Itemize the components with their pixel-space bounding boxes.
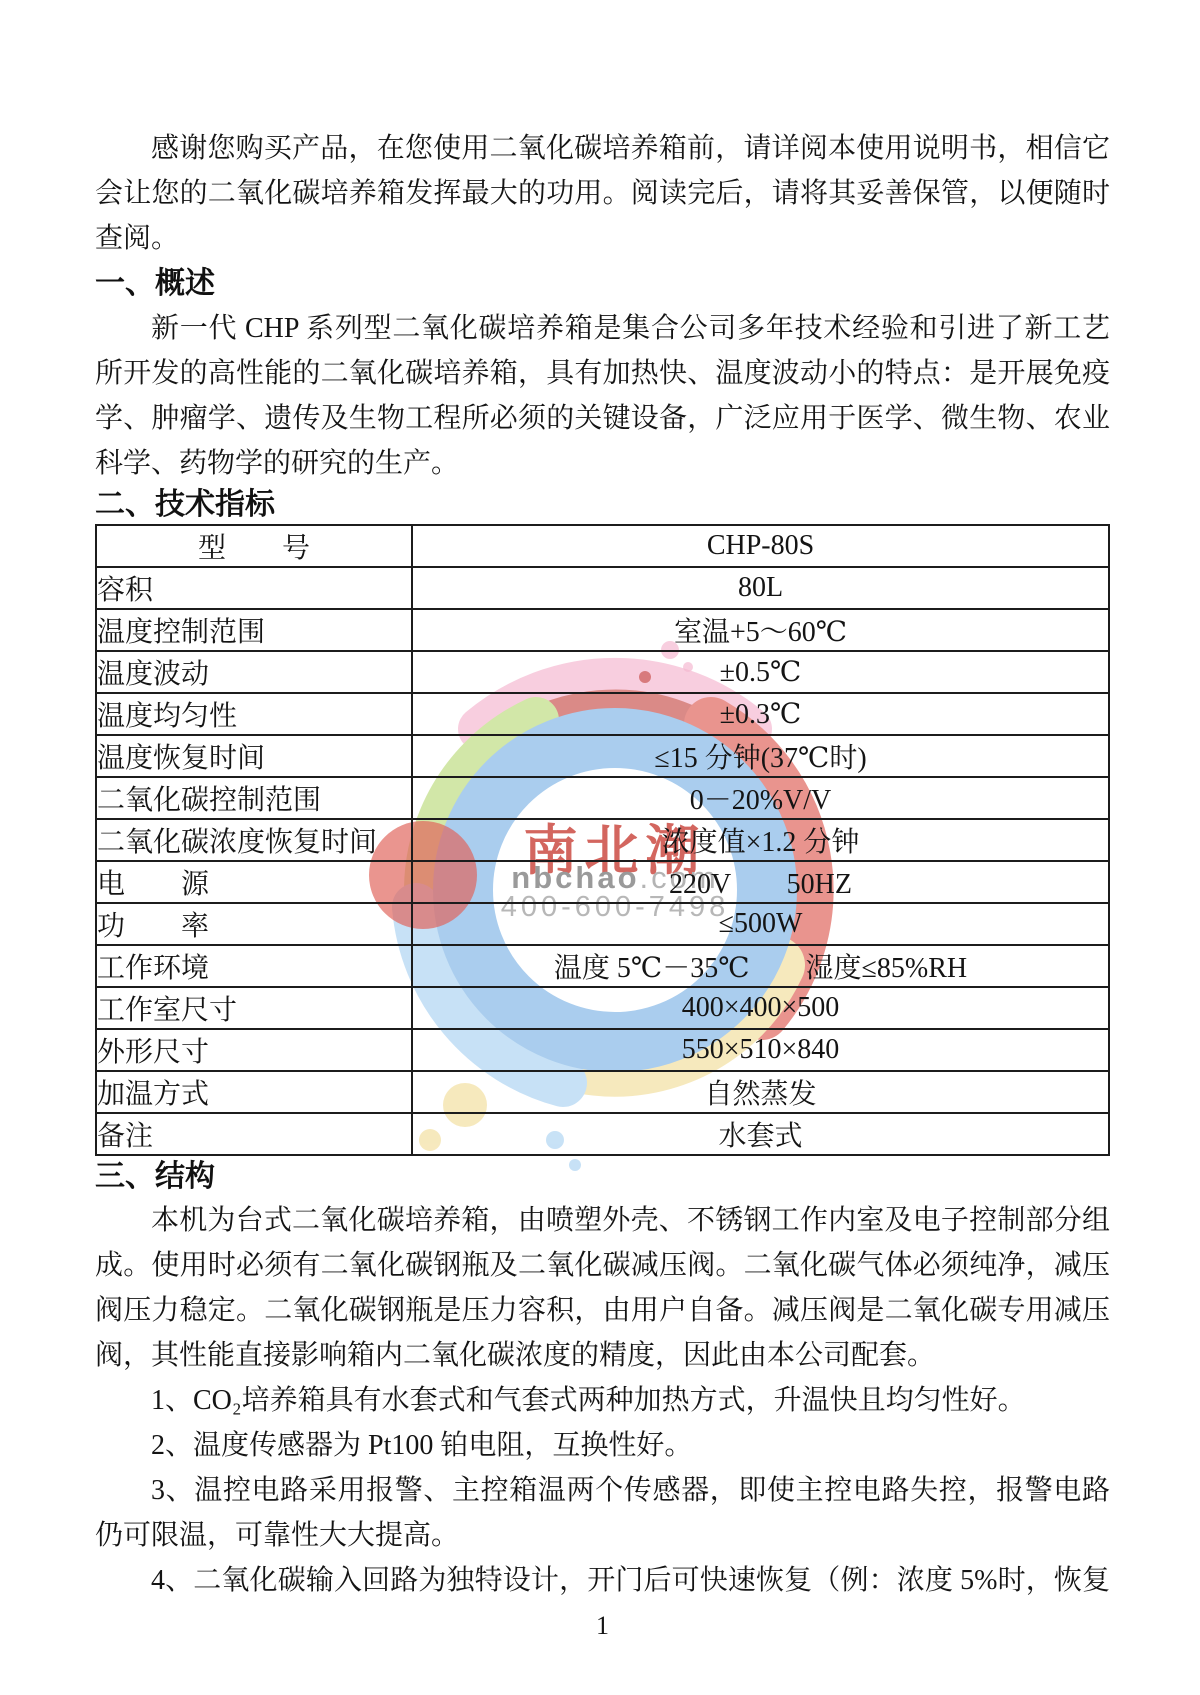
document-content: 感谢您购买产品，在您使用二氧化碳培养箱前，请详阅本使用说明书，相信它会让您的二氧… (0, 0, 1200, 1648)
spec-value-cell: ±0.3℃ (412, 693, 1109, 735)
spec-label-cell: 功 率 (96, 903, 412, 945)
table-row: 加温方式 自然蒸发 (96, 1071, 1109, 1113)
spec-value-cell: 80L (412, 567, 1109, 609)
table-row: 电 源 220V 50HZ (96, 861, 1109, 903)
spec-value-cell: 550×510×840 (412, 1029, 1109, 1071)
spec-value-cell: 温度 5℃－35℃ 湿度≤85%RH (412, 945, 1109, 987)
table-row: 功 率 ≤500W (96, 903, 1109, 945)
spec-value-cell: 400×400×500 (412, 987, 1109, 1029)
spec-label-cell: 工作环境 (96, 945, 412, 987)
overview-paragraph: 新一代 CHP 系列型二氧化碳培养箱是集合公司多年技术经验和引进了新工艺所开发的… (95, 306, 1110, 486)
structure-item-4: 4、二氧化碳输入回路为独特设计，开门后可快速恢复（例：浓度 5%时，恢复 (95, 1558, 1110, 1603)
spec-label-cell: 温度恢复时间 (96, 735, 412, 777)
table-row: 工作环境 温度 5℃－35℃ 湿度≤85%RH (96, 945, 1109, 987)
table-row: 温度波动 ±0.5℃ (96, 651, 1109, 693)
spec-value-cell: 0－20%V/V (412, 777, 1109, 819)
spec-value-cell: CHP-80S (412, 525, 1109, 567)
intro-paragraph: 感谢您购买产品，在您使用二氧化碳培养箱前，请详阅本使用说明书，相信它会让您的二氧… (95, 126, 1110, 261)
spec-label-cell: 温度控制范围 (96, 609, 412, 651)
section-overview-heading: 一、概述 (95, 261, 1110, 306)
spec-value-cell: 浓度值×1.2 分钟 (412, 819, 1109, 861)
spec-label-cell: 加温方式 (96, 1071, 412, 1113)
spec-label-cell: 二氧化碳控制范围 (96, 777, 412, 819)
spec-label-cell: 二氧化碳浓度恢复时间 (96, 819, 412, 861)
page-number: 1 (95, 1603, 1110, 1648)
table-row: 温度恢复时间 ≤15 分钟(37℃时) (96, 735, 1109, 777)
table-row: 温度均匀性 ±0.3℃ (96, 693, 1109, 735)
table-row: 二氧化碳浓度恢复时间 浓度值×1.2 分钟 (96, 819, 1109, 861)
table-row: 备注 水套式 (96, 1113, 1109, 1155)
spec-label-cell: 容积 (96, 567, 412, 609)
spec-label-cell: 工作室尺寸 (96, 987, 412, 1029)
specs-table: 型 号 CHP-80S 容积 80L 温度控制范围 室温+5～60℃ 温度波动 … (95, 524, 1110, 1156)
spec-value-cell: ≤500W (412, 903, 1109, 945)
spec-value-cell: 水套式 (412, 1113, 1109, 1155)
table-row: 型 号 CHP-80S (96, 525, 1109, 567)
structure-item-3: 3、温控电路采用报警、主控箱温两个传感器，即使主控电路失控，报警电路仍可限温，可… (95, 1468, 1110, 1558)
table-row: 温度控制范围 室温+5～60℃ (96, 609, 1109, 651)
spec-value-cell: 室温+5～60℃ (412, 609, 1109, 651)
spec-label-cell: 外形尺寸 (96, 1029, 412, 1071)
spec-label-cell: 备注 (96, 1113, 412, 1155)
spec-label-cell: 型 号 (96, 525, 412, 567)
table-row: 二氧化碳控制范围 0－20%V/V (96, 777, 1109, 819)
structure-item-1: 1、CO₂培养箱具有水套式和气套式两种加热方式，升温快且均匀性好。 (95, 1378, 1110, 1423)
section-structure-heading: 三、结构 (95, 1156, 1110, 1198)
document-page: { "watermark": { "brand": "南北潮", "domain… (0, 0, 1200, 1695)
spec-value-cell: ±0.5℃ (412, 651, 1109, 693)
spec-value-cell: 220V 50HZ (412, 861, 1109, 903)
spec-label-cell: 温度均匀性 (96, 693, 412, 735)
spec-value-cell: ≤15 分钟(37℃时) (412, 735, 1109, 777)
table-row: 容积 80L (96, 567, 1109, 609)
spec-label-cell: 温度波动 (96, 651, 412, 693)
section-specs-heading: 二、技术指标 (95, 486, 1110, 524)
structure-paragraph: 本机为台式二氧化碳培养箱，由喷塑外壳、不锈钢工作内室及电子控制部分组成。使用时必… (95, 1198, 1110, 1378)
spec-label-cell: 电 源 (96, 861, 412, 903)
structure-item-2: 2、温度传感器为 Pt100 铂电阻，互换性好。 (95, 1423, 1110, 1468)
spec-value-cell: 自然蒸发 (412, 1071, 1109, 1113)
table-row: 工作室尺寸 400×400×500 (96, 987, 1109, 1029)
table-row: 外形尺寸 550×510×840 (96, 1029, 1109, 1071)
